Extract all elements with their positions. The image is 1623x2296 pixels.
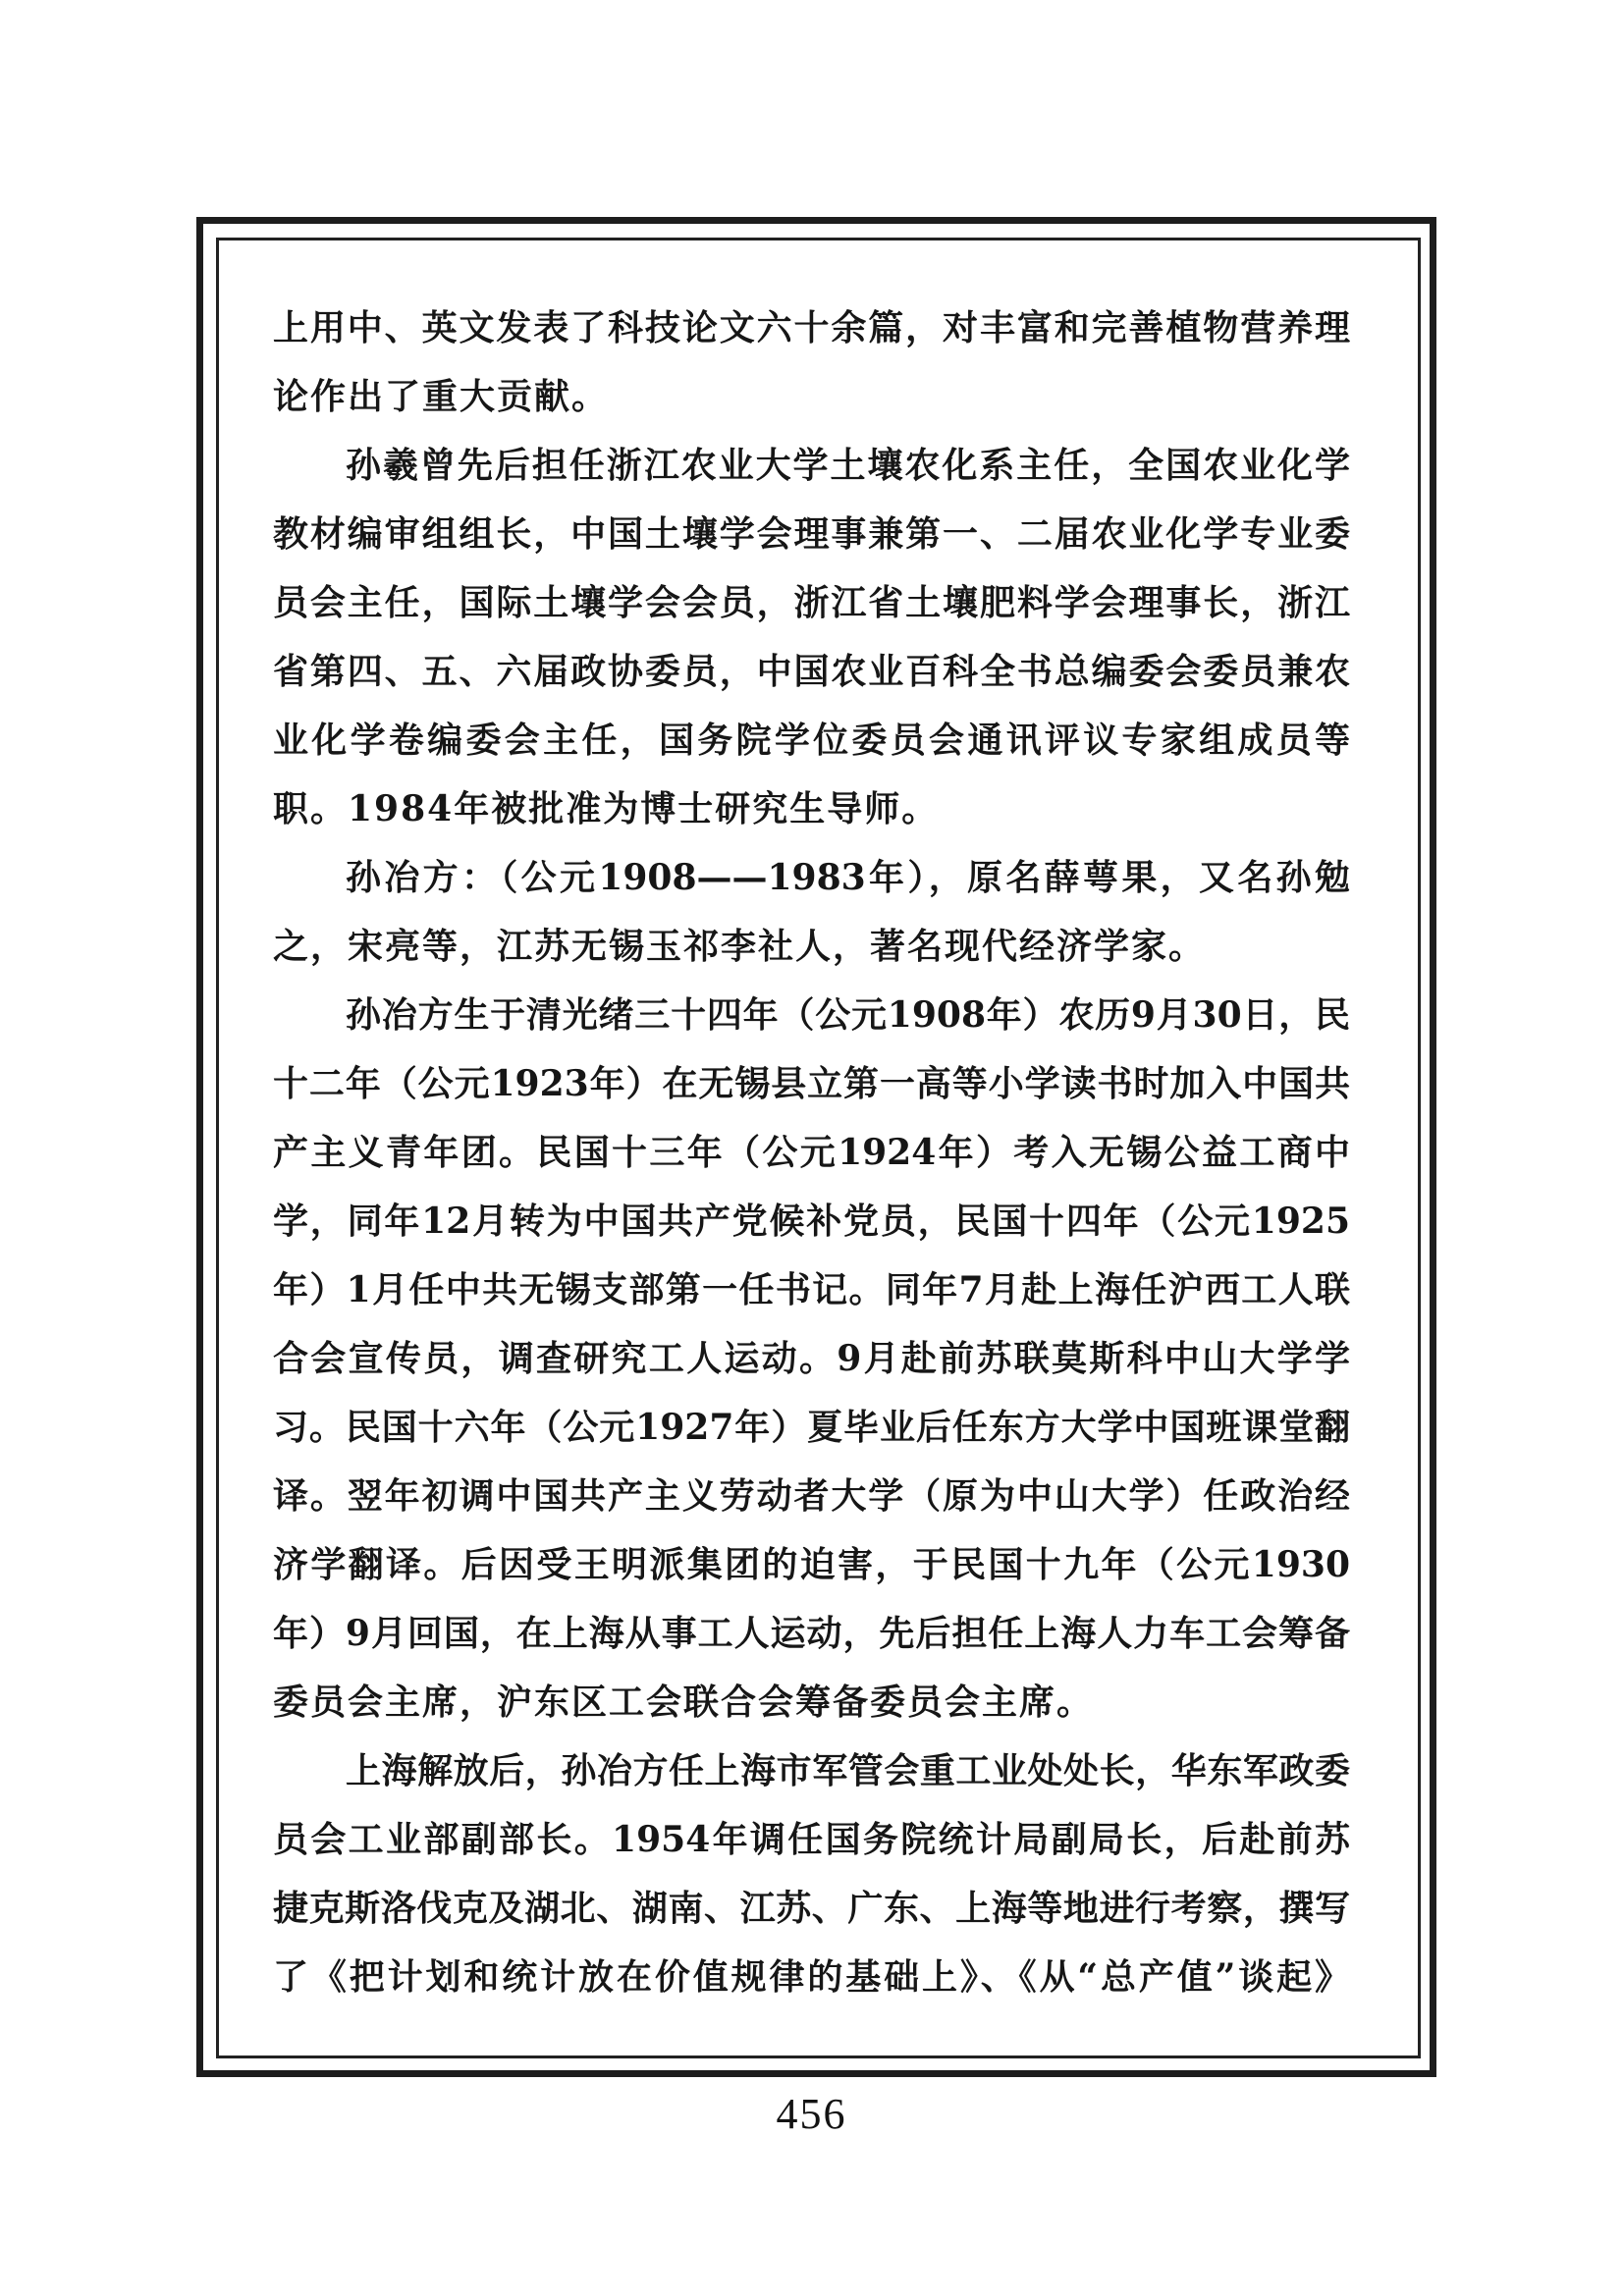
- text-line: 年）1月任中共无锡支部第一任书记。同年7月赴上海任沪西工人联: [273, 1255, 1350, 1324]
- text-line: 上用中、英文发表了科技论文六十余篇，对丰富和完善植物营养理: [273, 294, 1350, 362]
- text-line: 孙羲曾先后担任浙江农业大学土壤农化系主任，全国农业化学: [273, 431, 1350, 500]
- text-line: 论作出了重大贡献。: [273, 362, 1350, 431]
- scanned-book-page: { "page": { "number": "456", "content_li…: [0, 0, 1623, 2296]
- text-line: 合会宣传员，调查研究工人运动。9月赴前苏联莫斯科中山大学学: [273, 1324, 1350, 1393]
- text-line: 济学翻译。后因受王明派集团的迫害，于民国十九年（公元1930: [273, 1530, 1350, 1599]
- text-line: 职。1984年被批准为博士研究生导师。: [273, 774, 1350, 843]
- text-line: 学，同年12月转为中国共产党候补党员，民国十四年（公元1925: [273, 1187, 1350, 1255]
- text-line: 产主义青年团。民国十三年（公元1924年）考入无锡公益工商中: [273, 1118, 1350, 1187]
- text-line: 员会工业部副部长。1954年调任国务院统计局副局长，后赴前苏联、: [273, 1805, 1350, 1874]
- text-line: 省第四、五、六届政协委员，中国农业百科全书总编委会委员兼农: [273, 637, 1350, 706]
- text-line: 译。翌年初调中国共产主义劳动者大学（原为中山大学）任政治经: [273, 1462, 1350, 1530]
- text-line: 之，宋亮等，江苏无锡玉祁李社人，著名现代经济学家。: [273, 912, 1350, 981]
- text-line: 上海解放后，孙冶方任上海市军管会重工业处处长，华东军政委: [273, 1736, 1350, 1805]
- text-line: 业化学卷编委会主任，国务院学位委员会通讯评议专家组成员等: [273, 706, 1350, 774]
- text-line: 了《把计划和统计放在价值规律的基础上》、《从“总产值”谈起》: [273, 1943, 1350, 2011]
- text-line: 教材编审组组长，中国土壤学会理事兼第一、二届农业化学专业委: [273, 500, 1350, 568]
- text-line: 孙冶方生于清光绪三十四年（公元1908年）农历9月30日，民国: [273, 981, 1350, 1049]
- text-line: 捷克斯洛伐克及湖北、湖南、江苏、广东、上海等地进行考察，撰写: [273, 1874, 1350, 1943]
- text-line: 员会主任，国际土壤学会会员，浙江省土壤肥料学会理事长，浙江: [273, 568, 1350, 637]
- text-line: 孙冶方：（公元1908——1983年），原名薛萼果，又名孙勉: [273, 843, 1350, 912]
- page-number: 456: [0, 2089, 1623, 2139]
- text-line: 习。民国十六年（公元1927年）夏毕业后任东方大学中国班课堂翻: [273, 1393, 1350, 1462]
- text-line: 十二年（公元1923年）在无锡县立第一高等小学读书时加入中国共: [273, 1049, 1350, 1118]
- text-line: 年）9月回国，在上海从事工人运动，先后担任上海人力车工会筹备: [273, 1599, 1350, 1668]
- text-block: 上用中、英文发表了科技论文六十余篇，对丰富和完善植物营养理论作出了重大贡献。孙羲…: [273, 294, 1350, 2011]
- text-line: 委员会主席，沪东区工会联合会筹备委员会主席。: [273, 1668, 1350, 1736]
